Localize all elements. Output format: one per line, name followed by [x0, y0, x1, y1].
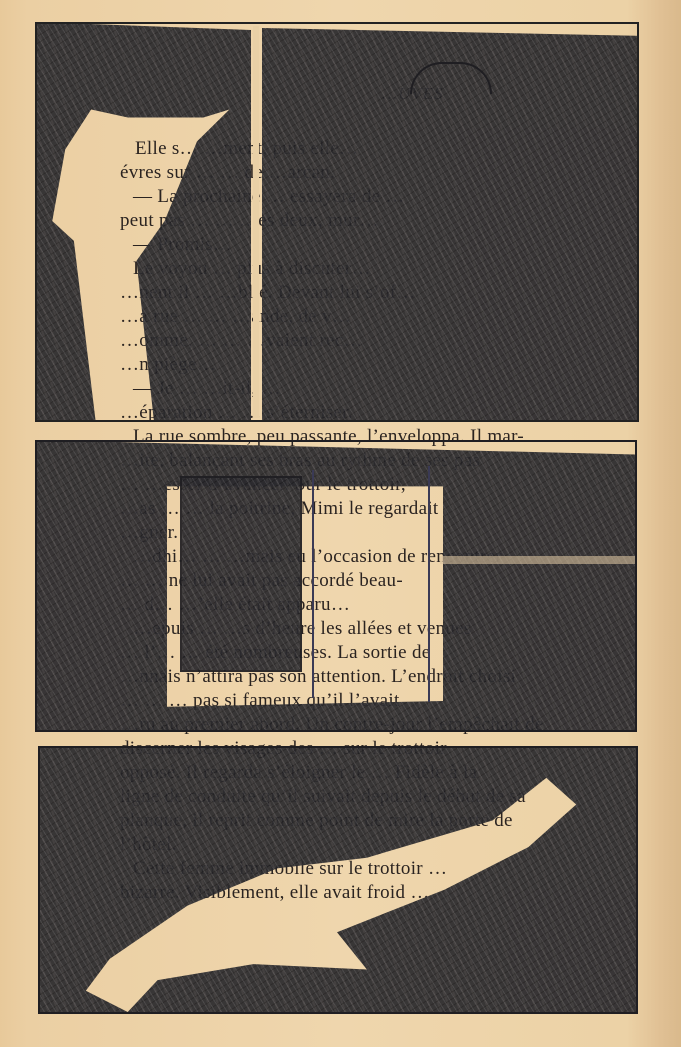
panel-top-frame — [35, 22, 639, 422]
panel-bottom-frame — [38, 746, 638, 1014]
panel-middle-frame — [35, 440, 637, 732]
artwork-page: …UVES Elle s… …ment, puis elle… évres su… — [0, 0, 681, 1047]
panel-gutter — [253, 26, 259, 418]
